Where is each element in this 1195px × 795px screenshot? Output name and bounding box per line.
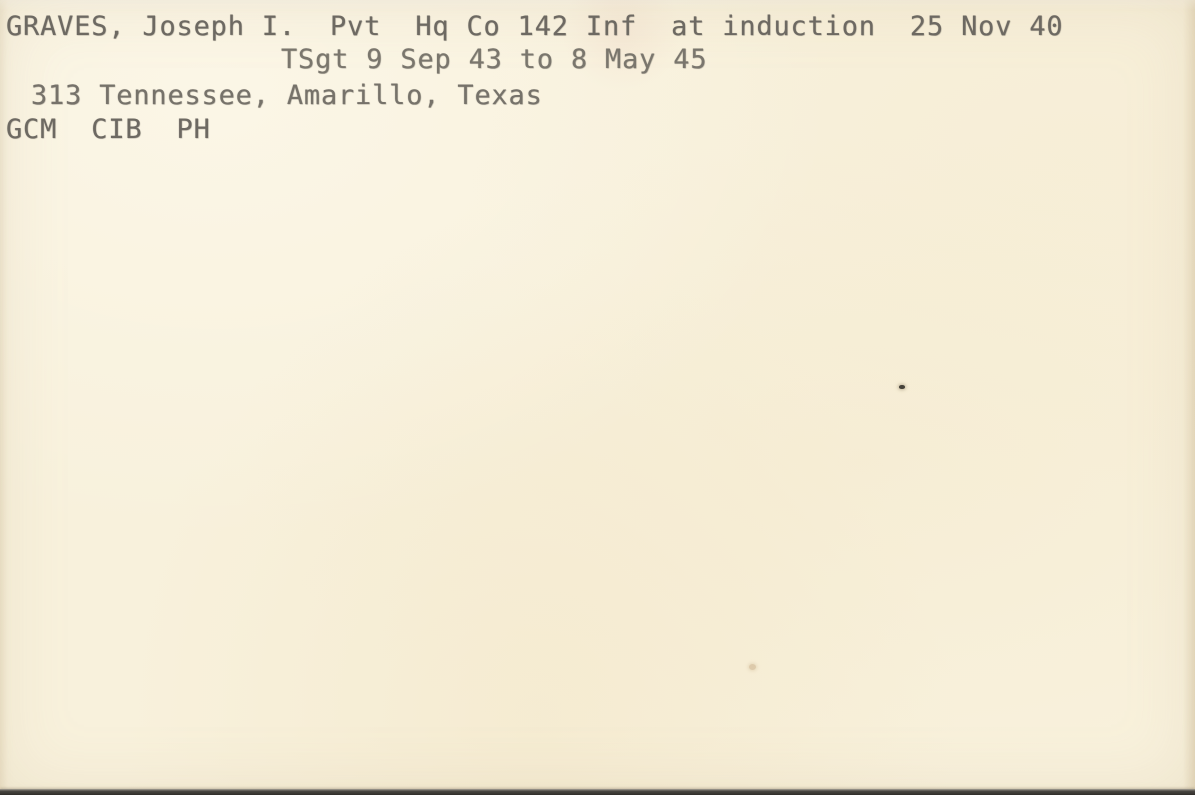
scan-edge-strip [0,789,1195,795]
index-card: GRAVES, Joseph I. Pvt Hq Co 142 Inf at i… [0,0,1195,795]
address-line: 313 Tennessee, Amarillo, Texas [31,82,543,109]
promotion-line: TSgt 9 Sep 43 to 8 May 45 [281,46,707,73]
ink-speck [899,385,905,389]
paper-stain [749,664,756,670]
decorations-line: GCM CIB PH [6,116,211,143]
name-service-line: GRAVES, Joseph I. Pvt Hq Co 142 Inf at i… [6,13,1063,40]
